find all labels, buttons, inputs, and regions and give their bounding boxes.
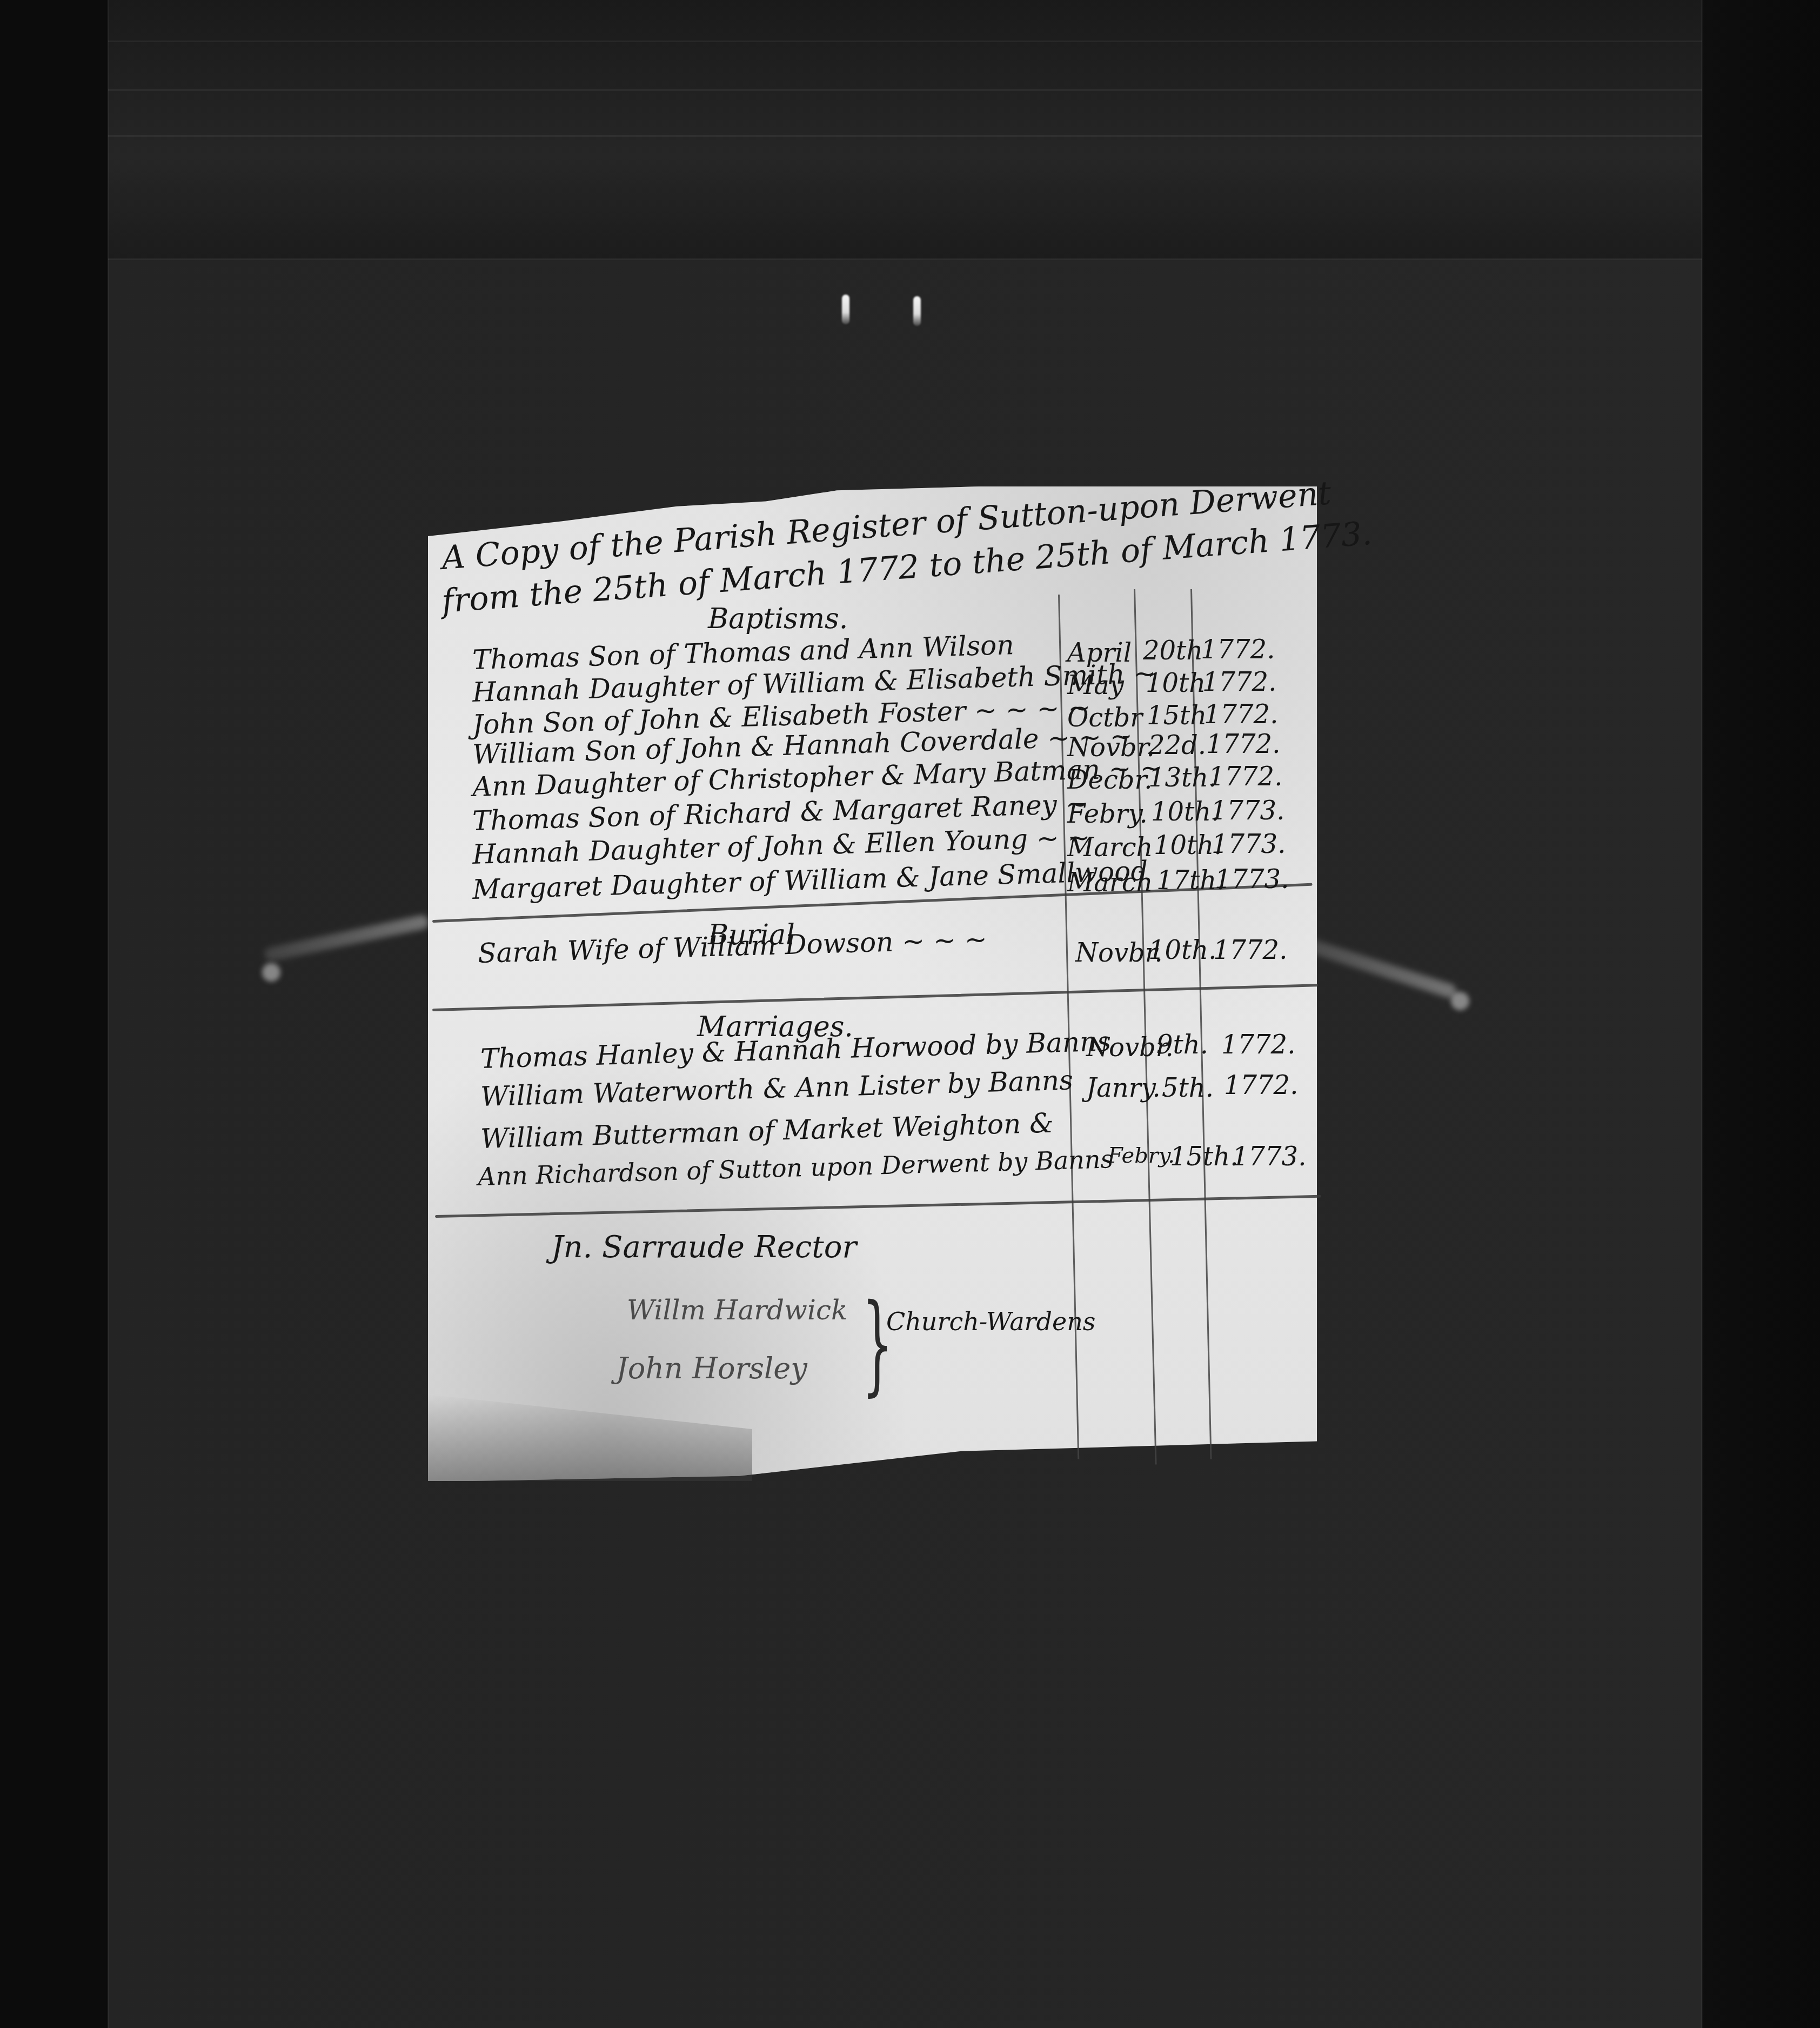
baptism-year: 1773. [1212,829,1286,859]
marriage-month: Janry. [1086,1073,1161,1103]
baptism-day: 10th [1146,668,1206,698]
marriage-day: 15th. [1170,1142,1239,1172]
scan-line [108,258,1702,260]
rector-signature: Jn. Sarraude Rector [551,1230,857,1265]
baptism-year: 1772. [1208,762,1282,792]
scan-line [108,135,1702,137]
holder-knob-left [262,963,280,982]
burial-day: 10th. [1148,935,1217,965]
marriage-day: 5th. [1162,1073,1214,1103]
holder-clip-right [913,296,921,326]
baptism-day: 13th. [1148,763,1217,793]
baptism-year: 1773. [1215,864,1289,895]
film-edge [107,0,109,2028]
baptism-day: 10th. [1151,797,1220,827]
holder-clip-left [842,295,849,324]
scan-line [108,41,1702,42]
church-wardens-label: Church-Wardens [886,1307,1095,1336]
baptism-year: 1773. [1210,796,1284,826]
baptism-year: 1772. [1202,667,1276,697]
microfilm-upper-band [108,0,1702,259]
brace-icon: } [862,1281,893,1407]
burial-year: 1772. [1213,935,1287,965]
marriage-year: 1772. [1224,1070,1298,1100]
baptism-year: 1772. [1206,729,1280,759]
baptism-month: March [1067,868,1153,898]
marriage-month: Febry. [1108,1143,1175,1168]
baptism-day: 15th [1147,701,1207,731]
baptism-year: 1772. [1204,699,1278,730]
marriage-year: 1773. [1232,1142,1306,1172]
marriage-day: 9th. [1156,1030,1208,1060]
marriage-year: 1772. [1221,1030,1295,1060]
warden-signature-1: Willm Hardwick [627,1295,847,1326]
holder-knob-right [1451,992,1469,1010]
baptism-year: 1772. [1201,635,1275,665]
baptisms-heading: Baptisms. [708,603,848,635]
scan-line [108,89,1702,91]
warden-signature-2: John Horsley [616,1351,807,1385]
film-edge [1701,0,1703,2028]
